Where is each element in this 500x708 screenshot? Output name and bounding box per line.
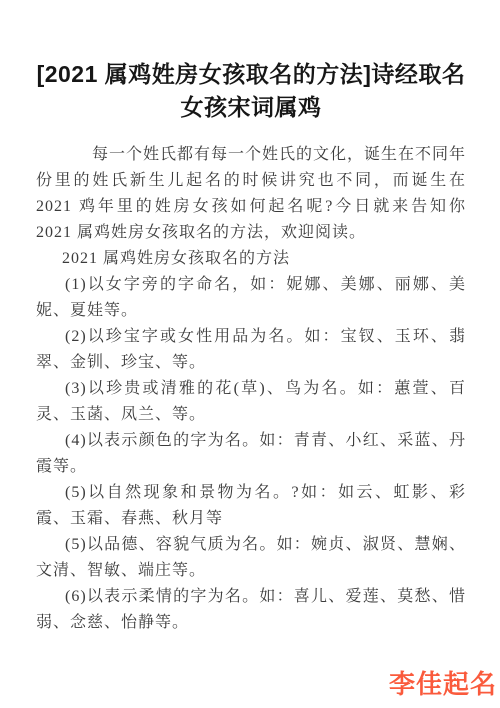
naming-method-item: (1)以女字旁的字命名，如：妮娜、美娜、丽娜、美妮、夏娃等。 — [36, 272, 466, 324]
document-page: { "page": { "background": "#ffffff", "ti… — [0, 0, 500, 708]
naming-method-item: (5)以自然现象和景物为名。?如：如云、虹影、彩霞、玉霜、春燕、秋月等 — [36, 480, 466, 532]
article-body: 每一个姓氏都有每一个姓氏的文化，诞生在不同年份里的姓氏新生儿起名的时候讲究也不同… — [36, 142, 466, 636]
naming-method-item: (3)以珍贵或清雅的花(草)、鸟为名。如：蕙萱、百灵、玉菡、凤兰、等。 — [36, 376, 466, 428]
page-title-line-2: 女孩宋词属鸡 — [36, 91, 466, 124]
brand-watermark: 李佳起名 — [389, 664, 497, 701]
naming-method-item: (5)以品德、容貌气质为名。如：婉贞、淑贤、慧娴、文清、智敏、端庄等。 — [36, 532, 466, 584]
naming-method-item: (2)以珍宝字或女性用品为名。如：宝钗、玉环、翡翠、金钏、珍宝、等。 — [36, 324, 466, 376]
page-title: [2021 属鸡姓房女孩取名的方法]诗经取名 女孩宋词属鸡 — [36, 58, 466, 124]
document-content: [2021 属鸡姓房女孩取名的方法]诗经取名 女孩宋词属鸡 每一个姓氏都有每一个… — [36, 58, 466, 636]
intro-paragraph: 每一个姓氏都有每一个姓氏的文化，诞生在不同年份里的姓氏新生儿起名的时候讲究也不同… — [36, 142, 466, 246]
section-heading: 2021 属鸡姓房女孩取名的方法 — [36, 246, 466, 272]
naming-method-item: (4)以表示颜色的字为名。如：青青、小红、采蓝、丹霞等。 — [36, 428, 466, 480]
naming-method-item: (6)以表示柔情的字为名。如：喜儿、爱莲、莫愁、惜弱、念慈、怡静等。 — [36, 584, 466, 636]
page-title-line-1: [2021 属鸡姓房女孩取名的方法]诗经取名 — [36, 58, 466, 91]
